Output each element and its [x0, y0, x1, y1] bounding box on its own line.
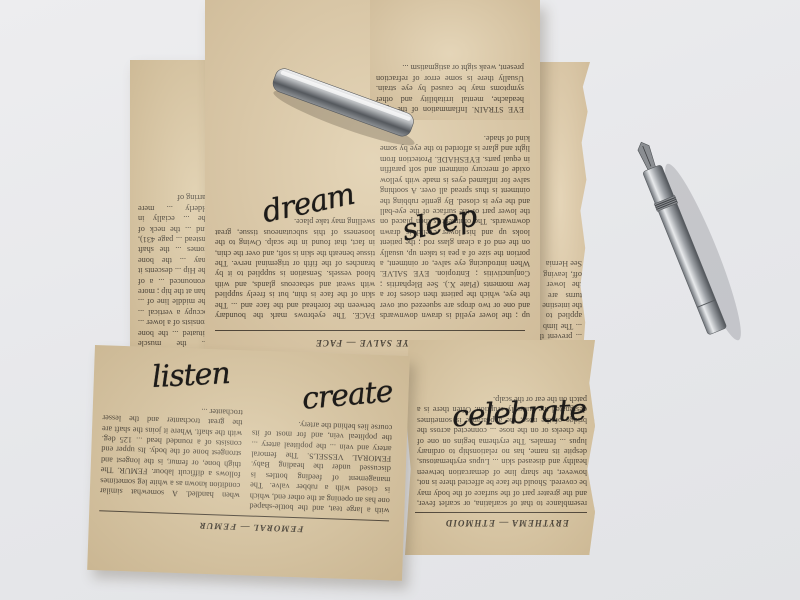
- handwritten-listen: listen: [151, 356, 230, 395]
- page-top-center-running-head: EYE SALVE — FACE: [315, 338, 416, 348]
- page-bottom-right: resemblance to that of scarlatina, or sc…: [405, 340, 595, 555]
- page-bottom-left-running-head: FEMORAL — FEMUR: [199, 521, 304, 535]
- pen-cap: [262, 68, 422, 148]
- page-left-middle-text: ... the muscle situated ... the bone con…: [138, 78, 208, 348]
- page-top-center-rule: [215, 330, 525, 331]
- photo-background: ... is applied to ... also to a ... prev…: [0, 0, 800, 600]
- handwritten-celebrate: celebrate: [451, 393, 587, 435]
- page-right-partial-text: ... is applied to ... also to a ... prev…: [534, 72, 582, 362]
- page-bottom-right-running-head: ERYTHEMA — ETHMOID: [445, 518, 569, 528]
- fountain-pen: [628, 132, 748, 352]
- page-bottom-right-rule: [415, 512, 587, 513]
- page-bottom-right-text: resemblance to that of scarlatina, or sc…: [417, 360, 587, 508]
